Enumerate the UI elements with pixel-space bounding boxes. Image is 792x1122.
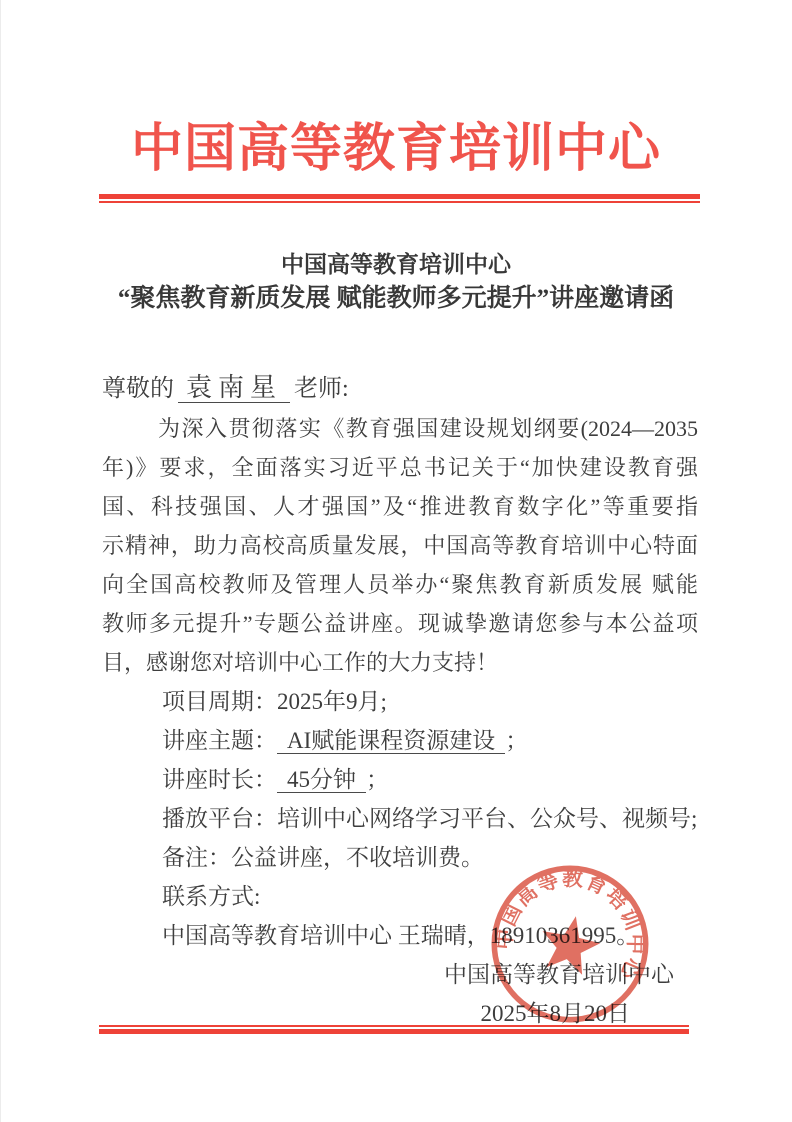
document-title-org: 中国高等教育培训中心 — [0, 250, 792, 280]
body-line-5: 向全国高校教师及管理人员举办“聚焦教育新质发展 赋能 — [102, 565, 698, 604]
header-double-rule — [99, 194, 700, 203]
salutation-prefix: 尊敬的 — [102, 376, 174, 402]
duration-value: 45分钟 — [277, 767, 366, 793]
detail-platform: 播放平台：培训中心网络学习平台、公众号、视频号; — [102, 799, 698, 838]
footer-double-rule — [99, 1025, 689, 1034]
recipient-name: 袁南星 — [178, 373, 290, 403]
duration-label: 讲座时长： — [162, 767, 277, 792]
duration-suffix: ； — [366, 767, 389, 792]
detail-topic: 讲座主题：AI赋能课程资源建设； — [102, 721, 698, 760]
period-value: 2025年9月; — [277, 689, 387, 714]
letter-body: 尊敬的袁南星老师: 为深入贯彻落实《教育强国建设规划纲要(2024—2035 年… — [102, 368, 698, 1033]
letter-page: 中国高等教育培训中心 中国高等教育培训中心 “聚焦教育新质发展 赋能教师多元提升… — [0, 0, 792, 1122]
body-line-2: 年)》要求，全面落实习近平总书记关于“加快建设教育强 — [102, 448, 698, 487]
letterhead-title: 中国高等教育培训中心 — [0, 120, 792, 180]
topic-label: 讲座主题： — [162, 728, 277, 753]
signature-org: 中国高等教育培训中心 — [102, 955, 698, 994]
body-line-1: 为深入贯彻落实《教育强国建设规划纲要(2024—2035 — [102, 409, 698, 448]
detail-note: 备注：公益讲座，不收培训费。 — [102, 838, 698, 877]
body-line-6: 教师多元提升”专题公益讲座。现诚挚邀请您参与本公益项 — [102, 604, 698, 643]
topic-value: AI赋能课程资源建设 — [277, 728, 505, 754]
salutation-suffix: 老师: — [294, 376, 349, 402]
document-title-theme: “聚焦教育新质发展 赋能教师多元提升”讲座邀请函 — [0, 283, 792, 316]
topic-suffix: ； — [505, 728, 528, 753]
salutation-line: 尊敬的袁南星老师: — [102, 368, 698, 409]
body-line-3: 国、科技强国、人才强国”及“推进教育数字化”等重要指 — [102, 487, 698, 526]
period-label: 项目周期： — [162, 689, 277, 714]
detail-duration: 讲座时长：45分钟； — [102, 760, 698, 799]
body-line-7: 目，感谢您对培训中心工作的大力支持！ — [102, 643, 698, 682]
body-line-4: 示精神，助力高校高质量发展，中国高等教育培训中心特面 — [102, 526, 698, 565]
contact-info: 中国高等教育培训中心 王瑞晴，18910361995。 — [102, 916, 698, 955]
contact-label: 联系方式: — [102, 877, 698, 916]
detail-period: 项目周期：2025年9月; — [102, 682, 698, 721]
